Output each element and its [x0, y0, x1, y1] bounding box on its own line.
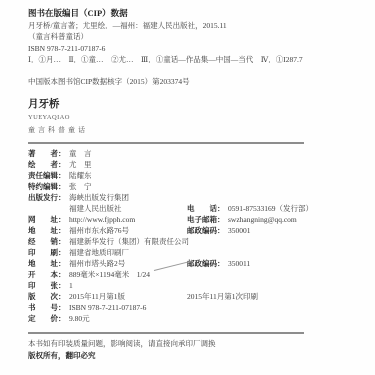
title-block: 月牙桥 YUEYAQIAO 童言科普童话	[28, 98, 88, 135]
divider-rule-bottom	[28, 332, 304, 334]
detail-row-price: 定 价：9.80元	[28, 313, 313, 324]
detail-row-edition-printing: 版 次：2015年11月第1版 2015年11月第1次印刷	[28, 291, 313, 302]
detail-row-website-email: 网 址：http://www.fjpph.com 电子邮箱：swzhangnin…	[28, 214, 313, 225]
detail-label: 邮政编码：	[187, 225, 228, 236]
detail-label: 电 话：	[187, 203, 228, 214]
detail-value: swzhangning@qq.com	[228, 214, 297, 225]
divider-rule-top	[28, 142, 304, 144]
detail-value: 福州市塔头路2号	[69, 258, 125, 269]
detail-label: 印 刷：	[28, 247, 69, 258]
detail-value: 海峡出版发行集团	[69, 192, 129, 203]
detail-label: 地 址：	[28, 225, 69, 236]
detail-value: ISBN 978-7-211-07187-6	[69, 302, 146, 313]
detail-row-printer-address-postcode: 地 址：福州市塔头路2号 邮政编码：350011	[28, 258, 313, 269]
detail-label: 网 址：	[28, 214, 69, 225]
book-copyright-page: 图书在版编目（CIP）数据 月牙桥/童言著；尤里绘．—福州：福建人民出版社，20…	[0, 0, 375, 375]
detail-value: 350011	[228, 258, 250, 269]
detail-row-responsible-editor: 责任编辑：陆耀东	[28, 170, 313, 181]
detail-row-format: 开 本：889毫米×1194毫米 1/24	[28, 269, 313, 280]
cip-block: 图书在版编目（CIP）数据 月牙桥/童言著；尤里绘．—福州：福建人民出版社，20…	[28, 7, 367, 87]
detail-value: 福建新华发行（集团）有限责任公司	[69, 236, 189, 247]
detail-row-address-postcode: 地 址：福州市东水路76号 邮政编码：350001	[28, 225, 313, 236]
detail-value: 陆耀东	[69, 170, 92, 181]
cip-classification-line: Ⅰ．①月… Ⅱ．①童… ②尤… Ⅲ．①童话—作品集—中国—当代 Ⅳ．①I287.…	[28, 54, 367, 65]
cip-description-line: 月牙桥/童言著；尤里绘．—福州：福建人民出版社，2015.11	[28, 20, 367, 31]
cip-heading: 图书在版编目（CIP）数据	[28, 7, 367, 20]
detail-label	[28, 203, 69, 214]
detail-label: 版 次：	[28, 291, 69, 302]
detail-label: 出版发行：	[28, 192, 69, 203]
detail-label: 著 者：	[28, 148, 69, 159]
detail-value: 童 言	[69, 148, 92, 159]
detail-row-sheets: 印 张：1	[28, 280, 313, 291]
detail-value: 福州市东水路76号	[69, 225, 129, 236]
detail-value: 张 宁	[69, 181, 92, 192]
copyright-note: 版权所有，翻印必究	[28, 350, 216, 362]
detail-row-publisher: 出版发行：海峡出版发行集团	[28, 192, 313, 203]
detail-label: 特约编辑：	[28, 181, 69, 192]
cip-record-number-line: 中国版本图书馆CIP数据核字（2015）第203374号	[28, 76, 367, 87]
detail-label: 邮政编码：	[187, 258, 228, 269]
detail-value: 尤 里	[69, 159, 92, 170]
publication-details: 著 者：童 言 绘 者：尤 里 责任编辑：陆耀东 特约编辑：张 宁 出版发行：海…	[28, 148, 313, 324]
detail-value: 350001	[228, 225, 251, 236]
book-title-pinyin: YUEYAQIAO	[28, 114, 88, 121]
detail-row-distributor: 经 销：福建新华发行（集团）有限责任公司	[28, 236, 313, 247]
detail-row-author: 著 者：童 言	[28, 148, 313, 159]
detail-value: 福建省地质印刷厂	[69, 247, 129, 258]
detail-value: 1	[69, 280, 73, 291]
detail-row-publisher-2-phone: 福建人民出版社 电 话：0591-87533169（发行部）	[28, 203, 313, 214]
book-title: 月牙桥	[28, 98, 88, 111]
detail-row-printer: 印 刷：福建省地质印刷厂	[28, 247, 313, 258]
detail-value: 福建人民出版社	[69, 203, 122, 214]
detail-label: 印 张：	[28, 280, 69, 291]
detail-value: 2015年11月第1版	[69, 291, 125, 302]
detail-value: 889毫米×1194毫米 1/24	[69, 269, 150, 280]
quality-note: 本书如有印装质量问题，影响阅读，请直接向承印厂调换	[28, 338, 216, 350]
detail-row-special-editor: 特约编辑：张 宁	[28, 181, 313, 192]
detail-label: 书 号：	[28, 302, 69, 313]
detail-value: 0591-87533169（发行部）	[228, 203, 313, 214]
detail-value: 2015年11月第1次印刷	[187, 291, 258, 302]
detail-label: 经 销：	[28, 236, 69, 247]
detail-label: 绘 者：	[28, 159, 69, 170]
detail-value: http://www.fjpph.com	[69, 214, 135, 225]
detail-label: 电子邮箱：	[187, 214, 228, 225]
book-series-name: 童言科普童话	[28, 125, 88, 135]
cip-isbn-line: ISBN 978-7-211-07187-6	[28, 43, 367, 54]
detail-value: 9.80元	[69, 313, 90, 324]
detail-label: 开 本：	[28, 269, 69, 280]
detail-label: 责任编辑：	[28, 170, 69, 181]
footer-notes: 本书如有印装质量问题，影响阅读，请直接向承印厂调换 版权所有，翻印必究	[28, 338, 216, 361]
detail-row-isbn: 书 号：ISBN 978-7-211-07187-6	[28, 302, 313, 313]
detail-row-illustrator: 绘 者：尤 里	[28, 159, 313, 170]
detail-label: 地 址：	[28, 258, 69, 269]
detail-label: 定 价：	[28, 313, 69, 324]
cip-series-line: （童言科普童话）	[28, 31, 367, 42]
